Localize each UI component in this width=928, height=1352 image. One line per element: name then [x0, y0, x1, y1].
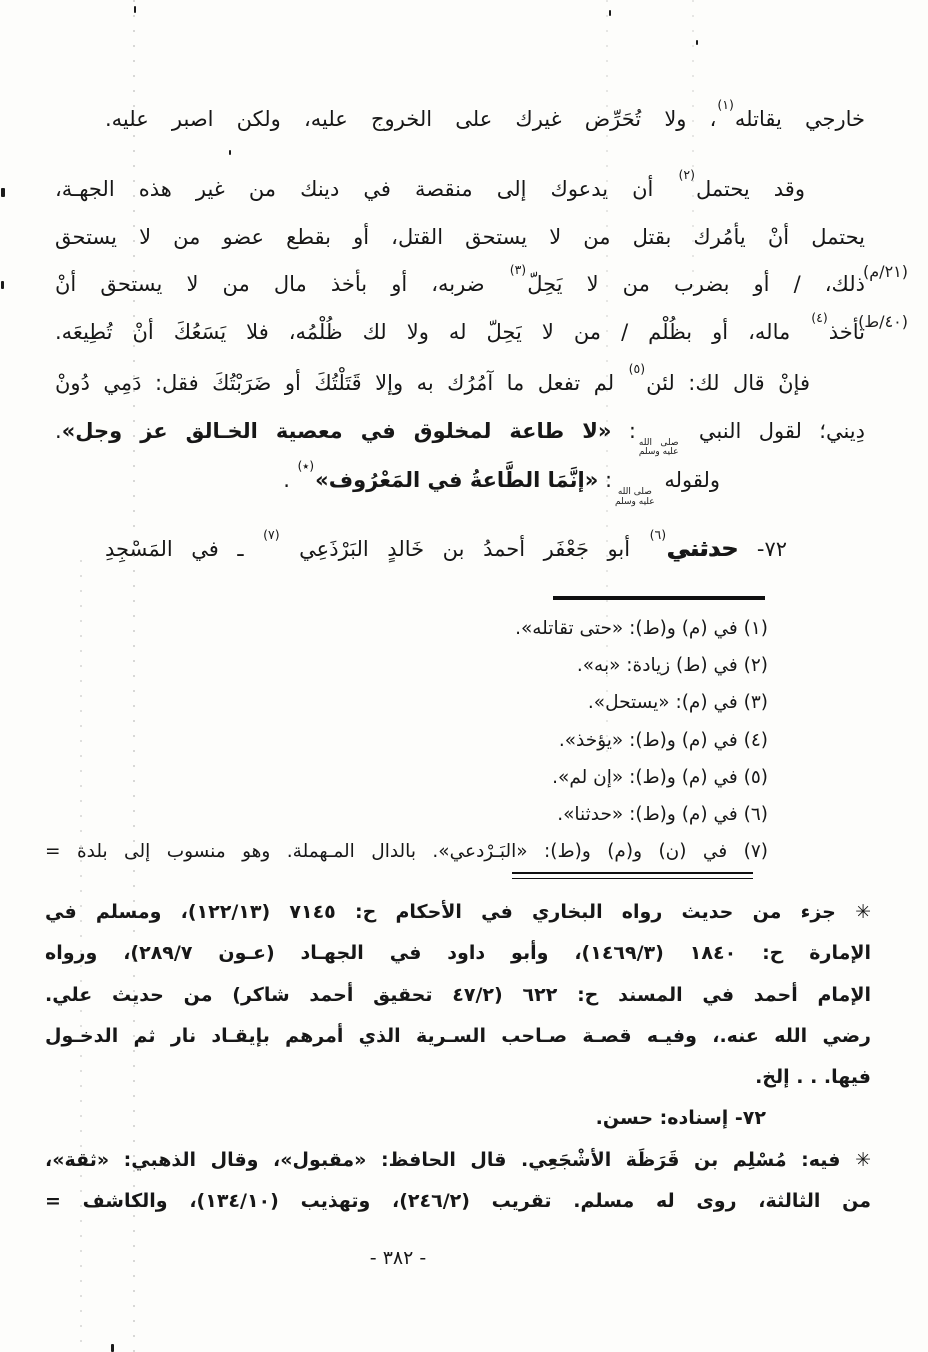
takhrij-line: رضي الله عنه.، وفيـه قصـة صـاحب السـرية …: [45, 1016, 871, 1057]
takhrij-block: ✳ جزء من حديث رواه البخاري في الأحكام ح:…: [45, 892, 871, 1222]
sallallahu-alayhi-wasallam-seal: صلى اللهعليه وسلم: [639, 439, 679, 458]
text-line: ولقوله صلى اللهعليه وسلم: «إنَّمَا الطَّ…: [55, 457, 720, 507]
text-segment: ـ في المَسْجِدِ: [105, 537, 262, 561]
scan-artifact: [1, 188, 5, 197]
isnad-grading-line: ٧٢- إسناده: حسن.: [45, 1098, 766, 1139]
text-line: وقد يحتمل(٢) أن يدعوك إلى منقصة في دينك …: [55, 166, 805, 214]
page-number: - ٣٨٢ -: [318, 1247, 478, 1269]
text-line: يحتمل أنْ يأمُرك بقتل من لا يستحق القتل،…: [55, 214, 865, 262]
body-paragraph-1: خارجي يقاتله(١)، ولا تُحَرِّض غيرك على ا…: [55, 96, 865, 143]
scan-artifact: [696, 40, 698, 45]
footnote-marker: (٧): [263, 527, 280, 542]
footnote-marker: (٣): [510, 262, 527, 277]
text-segment: .: [55, 419, 62, 443]
footnote-marker: (٢): [678, 167, 695, 182]
footnote-marker: (٥): [629, 361, 646, 376]
takhrij-line: الإمارة ح: ١٨٤٠ (١٤٦٩/٣)، وأبو داود في ا…: [45, 933, 871, 974]
text-segment: ، ولا تُحَرِّض غيرك على الخروج عليه، ولك…: [105, 107, 716, 131]
text-segment: دِيني؛ لقول النبي: [682, 419, 865, 443]
footnote-line: (٧) في (ن) و(م) و(ط): «البَـرْدعي». بالد…: [45, 833, 768, 870]
footnotes-block: (١) في (م) و(ط): «حتى تقاتله». (٢) في (ط…: [45, 610, 768, 870]
takhrij-line: ✳ جزء من حديث رواه البخاري في الأحكام ح:…: [45, 892, 871, 933]
text-segment: لم تفعل ما آمُرُك به وإلا قَتَلْتُكَ أو …: [55, 371, 628, 395]
text-segment: :: [598, 468, 612, 492]
text-segment: ذلك، / أو بضرب من لا يَحِلّ: [527, 272, 865, 296]
footnote-line: (٣) في (م): «يستحل».: [45, 684, 768, 721]
footnote-line: (٢) في (ط) زيادة: «به».: [45, 647, 768, 684]
text-segment: فإنْ قال لك: لئن: [646, 371, 810, 395]
scan-artifact: [111, 1344, 114, 1352]
hadith-quote: «لا طاعة لمخلوق في معصية الخـالق عز وجل»: [62, 419, 612, 443]
takhrij-separator-double-line: [512, 872, 753, 879]
text-segment: :: [611, 419, 635, 443]
narrator-evaluation-line: ✳ فيه: مُسْلِم بن قَرَظَة الأشْجَعِي. قا…: [45, 1140, 871, 1181]
footnote-marker: (١): [717, 97, 734, 112]
text-segment: خارجي يقاتله: [735, 107, 865, 131]
narrator-name: أبو جَعْفَر أحمدُ بن خَالدٍ البَرْذَعِي: [281, 537, 649, 561]
hadith-number: ٧٢-: [738, 537, 787, 561]
scan-artifact: [609, 10, 611, 16]
footnote-line: (٤) في (م) و(ط): «يؤخذ».: [45, 722, 768, 759]
footnote-marker: (٦): [650, 527, 667, 542]
hadith-72-heading: ٧٢- حدثني(٦) أبو جَعْفَر أحمدُ بن خَالدٍ…: [55, 524, 865, 574]
margin-note-folio-t: (٤٠/ط): [858, 312, 908, 331]
text-line: دِيني؛ لقول النبي صلى اللهعليه وسلم: «لا…: [55, 408, 865, 458]
text-segment: أن يدعوك إلى منقصة في دينك من غير هذه ال…: [55, 177, 677, 201]
sallallahu-alayhi-wasallam-seal: صلى اللهعليه وسلم: [615, 488, 655, 507]
seal-bottom-text: عليه وسلم: [639, 448, 679, 457]
text-segment: تأخذ: [829, 320, 865, 344]
text-segment: ولقوله: [658, 468, 720, 492]
body-paragraph-2: وقد يحتمل(٢) أن يدعوك إلى منقصة في دينك …: [55, 166, 865, 356]
text-segment: وقد يحتمل: [696, 177, 805, 201]
footnote-line: (٦) في (م) و(ط): «حدثنا».: [45, 796, 768, 833]
body-paragraph-3: فإنْ قال لك: لئن(٥) لم تفعل ما آمُرُك به…: [55, 360, 865, 507]
text-line: تأخذ(٤) ماله، أو بظُلْم / من لا يَحِلّ ل…: [55, 309, 865, 357]
footnote-line: (١) في (م) و(ط): «حتى تقاتله».: [45, 610, 768, 647]
text-segment: .: [283, 468, 296, 492]
seal-bottom-text: عليه وسلم: [615, 498, 655, 507]
takhrij-line: فيها. . . إلخ.: [45, 1057, 871, 1098]
text-segment: ماله، أو بظُلْم / من لا يَحِلّ له ولا لك…: [55, 320, 810, 344]
margin-note-folio-m: (٢١/م): [863, 262, 908, 281]
scan-artifact: [229, 150, 231, 155]
text-line: ذلك، / أو بضرب من لا يَحِلّ(٣) ضربه، أو …: [55, 261, 865, 309]
scan-artifact: [134, 6, 136, 13]
text-segment: ضربه، أو بأخذ مال من لا يستحق أنْ: [55, 272, 509, 296]
takhrij-line: الإمام أحمد في المسند ح: ٦٢٢ (٤٧/٢ تحقيق…: [45, 975, 871, 1016]
text-line: ٧٢- حدثني(٦) أبو جَعْفَر أحمدُ بن خَالدٍ…: [105, 524, 787, 574]
footnote-marker: (٤): [811, 310, 828, 325]
text-line: خارجي يقاتله(١)، ولا تُحَرِّض غيرك على ا…: [105, 96, 865, 143]
narrator-evaluation-line: من الثالثة، روى له مسلم. تقريب (٢٤٦/٢)، …: [45, 1181, 871, 1222]
scan-artifact: [1, 281, 4, 289]
hadith-quote: «إنَّمَا الطَّاعةُ في المَعْرُوف»: [315, 468, 598, 492]
scanned-book-page: (٢١/م) (٤٠/ط) خارجي يقاتله(١)، ولا تُحَر…: [0, 0, 928, 1352]
footnote-separator-line: [553, 596, 765, 600]
footnote-marker: (٭): [298, 458, 315, 473]
narration-verb: حدثني: [667, 536, 738, 562]
text-line: فإنْ قال لك: لئن(٥) لم تفعل ما آمُرُك به…: [55, 360, 810, 408]
footnote-line: (٥) في (م) و(ط): «إن لم».: [45, 759, 768, 796]
